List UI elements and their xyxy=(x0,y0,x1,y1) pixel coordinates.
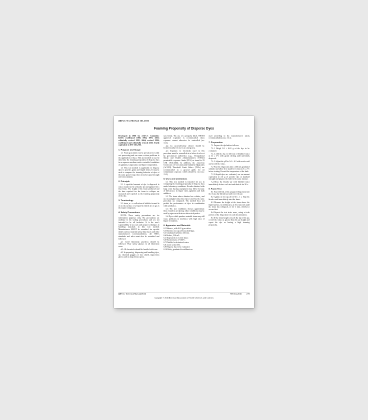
body-paragraph: 1.1 Foam generation can be prevalent in … xyxy=(118,152,159,166)
body-paragraph: 4.2 All chemicals should be handled with… xyxy=(118,249,159,251)
body-paragraph: 8.2 Agitate at low speed for 60 ± 1 s. S… xyxy=(209,196,250,201)
body-paragraph: 8.3 Measure the height of the foam above… xyxy=(209,202,250,211)
doc-column-left: Developed in 1988 by AATCC Committee RA8… xyxy=(118,135,159,288)
body-paragraph: 5.3 The test conditions chosen approxima… xyxy=(163,208,204,215)
section-heading: 4. Safety Precautions xyxy=(118,211,159,214)
body-paragraph: 4.4 An eyewash/safety shower should be l… xyxy=(163,145,204,150)
body-paragraph: 8.5 If the foam height exceeds the top o… xyxy=(209,217,250,226)
body-paragraph: 4.1 Good laboratory practices should be … xyxy=(118,241,159,248)
footer-row: AATCC Technical Manual/2010 TM 161-2010 … xyxy=(118,292,249,295)
apparatus-list-item: 6.10 Ruler, graduated in millimeters. xyxy=(163,249,204,251)
body-paragraph: 5.1 This test method is intended for use… xyxy=(163,181,204,195)
document-page-content: AATCC Test Method 161-2010 Foaming Prope… xyxy=(114,116,254,308)
doc-body-columns: Developed in 1988 by AATCC Committee RA8… xyxy=(118,135,249,288)
body-paragraph: 7.3 If liquid dyes are evaluated, use an… xyxy=(209,174,250,181)
body-paragraph: 7.2 Pour the dispersion into a 500 mL gr… xyxy=(209,166,250,173)
body-paragraph: 2.1 A specified amount of dye is dispers… xyxy=(118,184,159,198)
body-paragraph: 7.1 Prepare the dyebath as follows: xyxy=(209,145,250,147)
section-heading: 2. Principle xyxy=(118,180,159,183)
footer-method-label: TM 161-2010 xyxy=(230,293,242,295)
body-paragraph: 7.4 Rinse the blender jar with distilled… xyxy=(209,181,250,186)
footer-page-number: 273 xyxy=(246,293,249,295)
body-paragraph: NOTE: These safety precautions are for i… xyxy=(118,215,159,241)
doc-footer: AATCC Technical Manual/2010 TM 161-2010 … xyxy=(118,292,249,299)
footer-copyright: Copyright © 2010 American Association of… xyxy=(118,297,249,299)
body-paragraph: 7.1.3 Adjust the pH to 5.0 ± 0.2 with ac… xyxy=(209,161,250,166)
body-paragraph: 5.4 Dyes which produce unstable foam may… xyxy=(163,216,204,223)
document-page: AATCC Test Method 161-2010 Foaming Prope… xyxy=(114,116,254,308)
body-paragraph: 8.4 Repeat the test twice more, using a … xyxy=(209,212,250,217)
section-heading: 7. Preparation xyxy=(209,141,250,144)
doc-column-right: used according to the manufacturer's saf… xyxy=(209,135,250,288)
body-paragraph: 7.1.2 Add the dye to 500 mL of distilled… xyxy=(209,153,250,160)
body-paragraph: 1.2 This test method is applicable to di… xyxy=(118,167,159,179)
footer-manual-label: AATCC Technical Manual/2010 xyxy=(118,293,146,295)
body-paragraph: used according to the manufacturer's saf… xyxy=(209,135,250,140)
section-heading: 3. Terminology xyxy=(118,199,159,202)
section-heading: 6. Apparatus and Materials xyxy=(163,224,204,227)
body-paragraph: 8.1 Pour 200 mL of the prepared dispersi… xyxy=(209,191,250,196)
body-paragraph: 5.2 The foam values obtained are relativ… xyxy=(163,196,204,208)
body-paragraph: sure limits. The use of a properly fitte… xyxy=(163,135,204,144)
section-heading: 8. Foam Test xyxy=(209,188,250,191)
section-heading: 5. Uses and Limitations xyxy=(163,178,204,181)
doc-column-middle: sure limits. The use of a properly fitte… xyxy=(163,135,204,288)
body-paragraph: 7.1.1 Weigh 2.0 ± 0.01 g of the dye to b… xyxy=(209,148,250,153)
doc-title: Foaming Propensity of Disperse Dyes xyxy=(118,127,249,131)
body-paragraph: 4.3 In preparing, dispensing and handlin… xyxy=(118,252,159,259)
history-note: Developed in 1988 by AATCC Committee RA8… xyxy=(118,135,159,147)
body-paragraph: 4.5 Exposure to chemicals used in this p… xyxy=(163,150,204,176)
footer-right-group: TM 161-2010 273 xyxy=(226,293,250,295)
section-heading: 1. Purpose and Scope xyxy=(118,149,159,152)
doc-number: AATCC Test Method 161-2010 xyxy=(118,120,249,122)
body-paragraph: 3.1 foam, n.—a collection of bubbles for… xyxy=(118,203,159,210)
